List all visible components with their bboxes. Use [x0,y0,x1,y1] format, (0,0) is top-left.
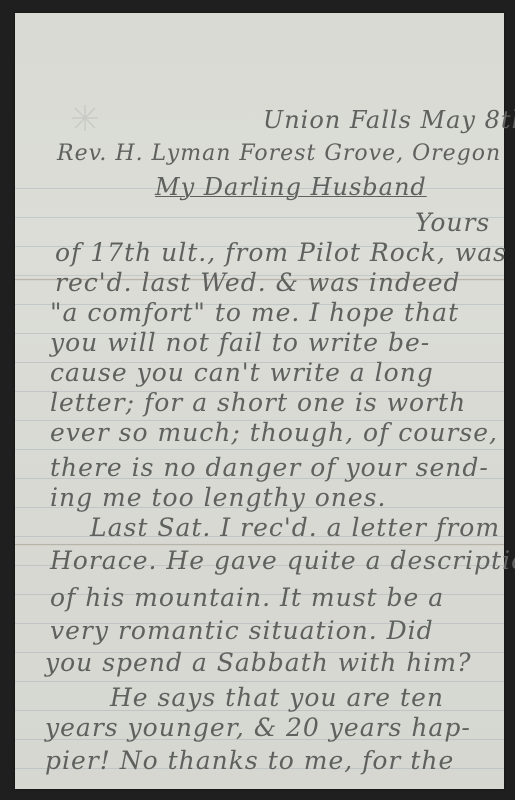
letter-line: Yours [415,208,490,237]
salutation: My Darling Husband [155,173,427,201]
letter-line: ing me too lengthy ones. [50,483,386,512]
letter-line: ever so much; though, of course, [50,418,498,447]
letter-line: Horace. He gave quite a description [50,546,515,575]
ruled-line [15,449,504,450]
letter-line: you spend a Sabbath with him? [45,648,472,677]
letter-line: letter; for a short one is worth [50,388,466,417]
embossed-stamp-icon [70,103,100,133]
letter-line: He says that you are ten [110,683,444,712]
letter-line: very romantic situation. Did [50,616,434,645]
addressee: Rev. H. Lyman Forest Grove, Oregon [57,141,501,166]
letter-line: you will not fail to write be- [50,328,430,357]
letter-line: pier! No thanks to me, for the [45,746,454,775]
letter-line: cause you can't write a long [50,358,434,387]
letter-line: rec'd. last Wed. & was indeed [55,268,461,297]
letter-line: years younger, & 20 years hap- [45,713,471,742]
letter-page: Union Falls May 8th Rev. H. Lyman Forest… [15,13,504,789]
letter-line: of his mountain. It must be a [50,583,444,612]
letter-line: "a comfort" to me. I hope that [50,298,459,327]
letter-line: of 17th ult., from Pilot Rock, was [55,238,507,267]
ruled-line [15,681,504,682]
letter-line: Last Sat. I rec'd. a letter from [90,513,500,542]
letter-line: there is no danger of your send- [50,453,489,482]
place-date: Union Falls May 8th [263,106,515,134]
